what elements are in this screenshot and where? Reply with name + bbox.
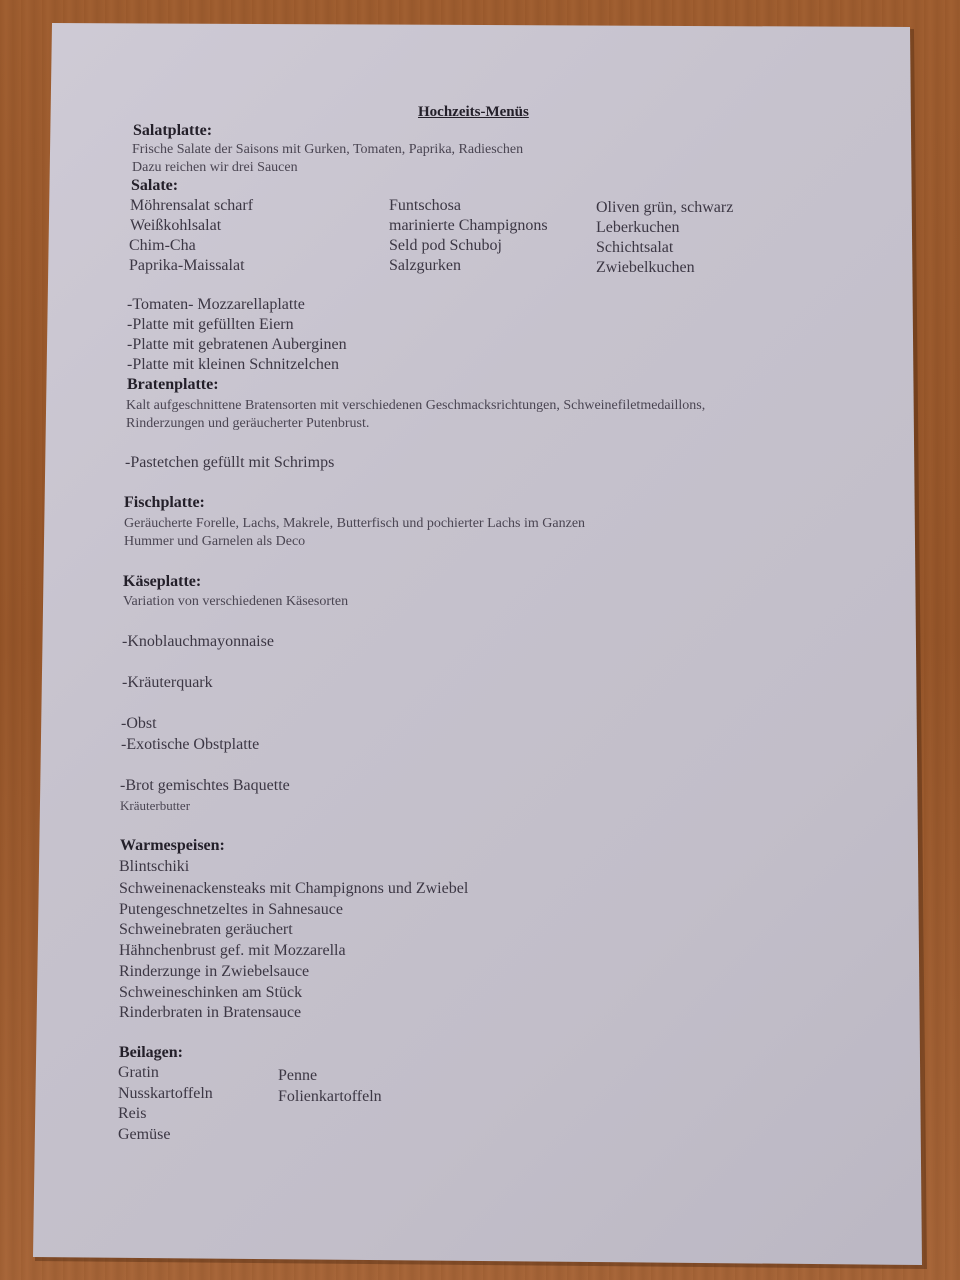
salate-item: Funtschosa — [389, 197, 461, 215]
warmespeisen-item: Schweinebraten geräuchert — [119, 921, 293, 939]
salate-item: Chim-Cha — [129, 237, 196, 255]
bratenplatte-line: Kalt aufgeschnittene Bratensorten mit ve… — [126, 398, 705, 414]
warmespeisen-item: Rinderzunge in Zwiebelsauce — [119, 963, 309, 981]
beilagen-item: Penne — [278, 1067, 317, 1085]
salatplatte-line: Frische Salate der Saisons mit Gurken, T… — [132, 142, 523, 158]
salate-item: Weißkohlsalat — [130, 217, 221, 235]
warmespeisen-item: Putengeschnetzeltes in Sahnesauce — [119, 901, 343, 919]
beilagen-item: Nusskartoffeln — [118, 1085, 213, 1103]
salate-item: Möhrensalat scharf — [130, 197, 253, 215]
beilagen-item: Gratin — [118, 1064, 159, 1082]
salate-item: Paprika-Maissalat — [129, 257, 245, 275]
salate-item: Seld pod Schuboj — [389, 237, 502, 255]
heading-bratenplatte: Bratenplatte: — [127, 376, 219, 394]
extra-item: -Brot gemischtes Baquette — [120, 777, 290, 795]
beilagen-item: Gemüse — [118, 1126, 170, 1144]
beilagen-item: Reis — [118, 1105, 146, 1123]
salate-item: Oliven grün, schwarz — [596, 199, 733, 217]
heading-warmespeisen: Warmespeisen: — [120, 837, 225, 855]
warmespeisen-item: Schweinenackensteaks mit Champignons und… — [119, 880, 468, 898]
warmespeisen-item: Rinderbraten in Bratensauce — [119, 1004, 301, 1022]
kaeseplatte-line: Variation von verschiedenen Käsesorten — [123, 594, 348, 610]
fischplatte-line: Geräucherte Forelle, Lachs, Makrele, But… — [124, 516, 585, 532]
heading-fischplatte: Fischplatte: — [124, 494, 205, 512]
fischplatte-line: Hummer und Garnelen als Deco — [124, 534, 305, 550]
heading-salatplatte: Salatplatte: — [133, 122, 212, 140]
platte-item: -Platte mit kleinen Schnitzelchen — [127, 356, 339, 374]
pastetchen-item: -Pastetchen gefüllt mit Schrimps — [125, 454, 334, 472]
salate-item: Leberkuchen — [596, 219, 680, 237]
heading-salate: Salate: — [131, 177, 178, 195]
beilagen-item: Folienkartoffeln — [278, 1088, 382, 1106]
document-title: Hochzeits-Menüs — [418, 104, 529, 121]
warmespeisen-item: Hähnchenbrust gef. mit Mozzarella — [119, 942, 346, 960]
warmespeisen-item: Blintschiki — [119, 858, 189, 876]
salate-item: Salzgurken — [389, 257, 461, 275]
extra-item: -Knoblauchmayonnaise — [122, 633, 274, 651]
platte-item: -Platte mit gefüllten Eiern — [127, 316, 294, 334]
extra-item: -Obst — [121, 715, 157, 733]
extra-item: -Exotische Obstplatte — [121, 736, 259, 754]
bratenplatte-line: Rinderzungen und geräucherter Putenbrust… — [126, 416, 369, 432]
heading-kaeseplatte: Käseplatte: — [123, 573, 201, 591]
extra-item: -Kräuterquark — [122, 674, 213, 692]
platte-item: -Platte mit gebratenen Auberginen — [127, 336, 347, 354]
platte-item: -Tomaten- Mozzarellaplatte — [127, 296, 305, 314]
salate-item: marinierte Champignons — [389, 217, 548, 235]
salate-item: Zwiebelkuchen — [596, 259, 695, 277]
heading-beilagen: Beilagen: — [119, 1044, 183, 1062]
salatplatte-line: Dazu reichen wir drei Saucen — [132, 160, 298, 176]
warmespeisen-item: Schweineschinken am Stück — [119, 984, 302, 1002]
kraeuterbutter-item: Kräuterbutter — [120, 798, 190, 814]
salate-item: Schichtsalat — [596, 239, 673, 257]
